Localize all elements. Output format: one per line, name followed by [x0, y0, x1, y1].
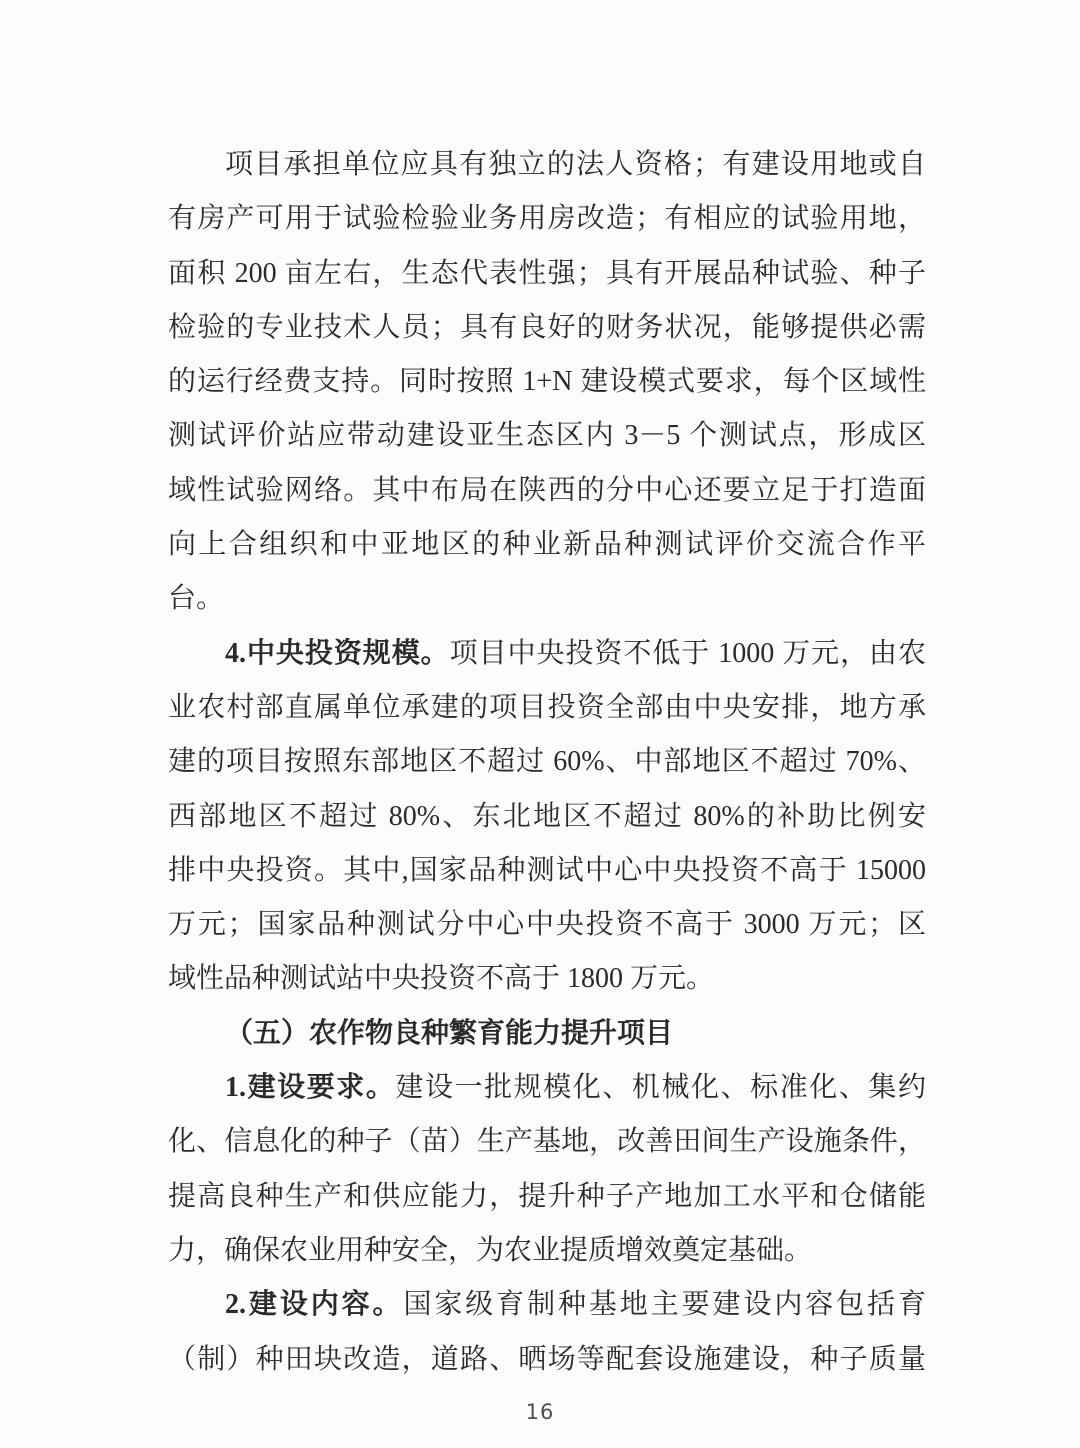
body-text-segment: 台。 [168, 583, 224, 614]
text-line: 面积 200 亩左右，生态代表性强；具有开展品种试验、种子 [168, 247, 926, 301]
heading-segment: 1.建设要求。 [225, 1072, 395, 1103]
text-line: 2.建设内容。国家级育制种基地主要建设内容包括育 [168, 1278, 926, 1332]
document-text: 项目承担单位应具有独立的法人资格；有建设用地或自有房产可用于试验检验业务用房改造… [168, 138, 926, 1387]
text-line: 万元；国家品种测试分中心中央投资不高于 3000 万元；区 [168, 898, 926, 952]
body-text-segment: 测试评价站应带动建设亚生态区内 3－5 个测试点，形成区 [168, 420, 926, 451]
text-line: 1.建设要求。建设一批规模化、机械化、标准化、集约 [168, 1061, 926, 1115]
body-text-segment: 国家级育制种基地主要建设内容包括育 [403, 1289, 926, 1320]
text-line: 域性试验网络。其中布局在陕西的分中心还要立足于打造面 [168, 464, 926, 518]
text-line: 提高良种生产和供应能力，提升种子产地加工水平和仓储能 [168, 1170, 926, 1224]
text-line: 业农村部直属单位承建的项目投资全部由中央安排，地方承 [168, 681, 926, 735]
body-text-segment: 域性试验网络。其中布局在陕西的分中心还要立足于打造面 [168, 475, 926, 506]
body-text-segment: 检验的专业技术人员；具有良好的财务状况，能够提供必需 [168, 312, 926, 343]
text-line: 排中央投资。其中,国家品种测试中心中央投资不高于 15000 [168, 844, 926, 898]
text-line: 化、信息化的种子（苗）生产基地，改善田间生产设施条件， [168, 1115, 926, 1169]
text-line: 的运行经费支持。同时按照 1+N 建设模式要求，每个区域性 [168, 355, 926, 409]
text-line: 力，确保农业用种安全，为农业提质增效奠定基础。 [168, 1224, 926, 1278]
text-line: 4.中央投资规模。项目中央投资不低于 1000 万元，由农 [168, 627, 926, 681]
document-viewport: { "page": { "footer_page_number": "16", … [0, 0, 1080, 1448]
body-text-segment: （制）种田块改造，道路、晒场等配套设施建设，种子质量 [168, 1344, 926, 1375]
text-line: 域性品种测试站中央投资不高于 1800 万元。 [168, 952, 926, 1006]
body-text-segment: 项目中央投资不低于 1000 万元，由农 [450, 638, 926, 669]
text-line: 台。 [168, 572, 926, 626]
heading-segment: 4.中央投资规模。 [225, 638, 450, 669]
text-line: 西部地区不超过 80%、东北地区不超过 80%的补助比例安 [168, 790, 926, 844]
text-line: 测试评价站应带动建设亚生态区内 3－5 个测试点，形成区 [168, 409, 926, 463]
body-text-segment: 提高良种生产和供应能力，提升种子产地加工水平和仓储能 [168, 1181, 926, 1212]
text-line: 有房产可用于试验检验业务用房改造；有相应的试验用地， [168, 192, 926, 246]
body-text-segment: 化、信息化的种子（苗）生产基地，改善田间生产设施条件， [168, 1126, 926, 1157]
text-line: （制）种田块改造，道路、晒场等配套设施建设，种子质量 [168, 1333, 926, 1387]
body-text-segment: 项目承担单位应具有独立的法人资格；有建设用地或自 [225, 149, 926, 180]
text-line: 向上合组织和中亚地区的种业新品种测试评价交流合作平 [168, 518, 926, 572]
heading-segment: 2.建设内容。 [225, 1289, 403, 1320]
page-number: 16 [526, 1400, 555, 1424]
body-text-segment: 建的项目按照东部地区不超过 60%、中部地区不超过 70%、 [168, 746, 926, 777]
body-text-segment: 的运行经费支持。同时按照 1+N 建设模式要求，每个区域性 [168, 366, 926, 397]
text-line: 项目承担单位应具有独立的法人资格；有建设用地或自 [168, 138, 926, 192]
body-text-segment: 西部地区不超过 80%、东北地区不超过 80%的补助比例安 [168, 801, 926, 832]
body-text-segment: 业农村部直属单位承建的项目投资全部由中央安排，地方承 [168, 692, 926, 723]
page-footer: 16 [0, 1400, 1080, 1424]
body-text-segment: 建设一批规模化、机械化、标准化、集约 [395, 1072, 926, 1103]
body-text-segment: 向上合组织和中亚地区的种业新品种测试评价交流合作平 [168, 529, 926, 560]
text-line: 检验的专业技术人员；具有良好的财务状况，能够提供必需 [168, 301, 926, 355]
body-text-segment: 排中央投资。其中,国家品种测试中心中央投资不高于 15000 [168, 855, 926, 886]
body-text-segment: 有房产可用于试验检验业务用房改造；有相应的试验用地， [168, 203, 926, 234]
document-page: 项目承担单位应具有独立的法人资格；有建设用地或自有房产可用于试验检验业务用房改造… [0, 0, 1080, 1448]
body-text-segment: 万元；国家品种测试分中心中央投资不高于 3000 万元；区 [168, 909, 926, 940]
text-line: 建的项目按照东部地区不超过 60%、中部地区不超过 70%、 [168, 735, 926, 789]
body-text-segment: 力，确保农业用种安全，为农业提质增效奠定基础。 [168, 1235, 812, 1266]
text-line: （五）农作物良种繁育能力提升项目 [168, 1007, 926, 1061]
body-text-segment: 域性品种测试站中央投资不高于 1800 万元。 [168, 963, 714, 994]
body-text-segment: 面积 200 亩左右，生态代表性强；具有开展品种试验、种子 [168, 258, 926, 289]
heading-segment: （五）农作物良种繁育能力提升项目 [225, 1018, 673, 1049]
